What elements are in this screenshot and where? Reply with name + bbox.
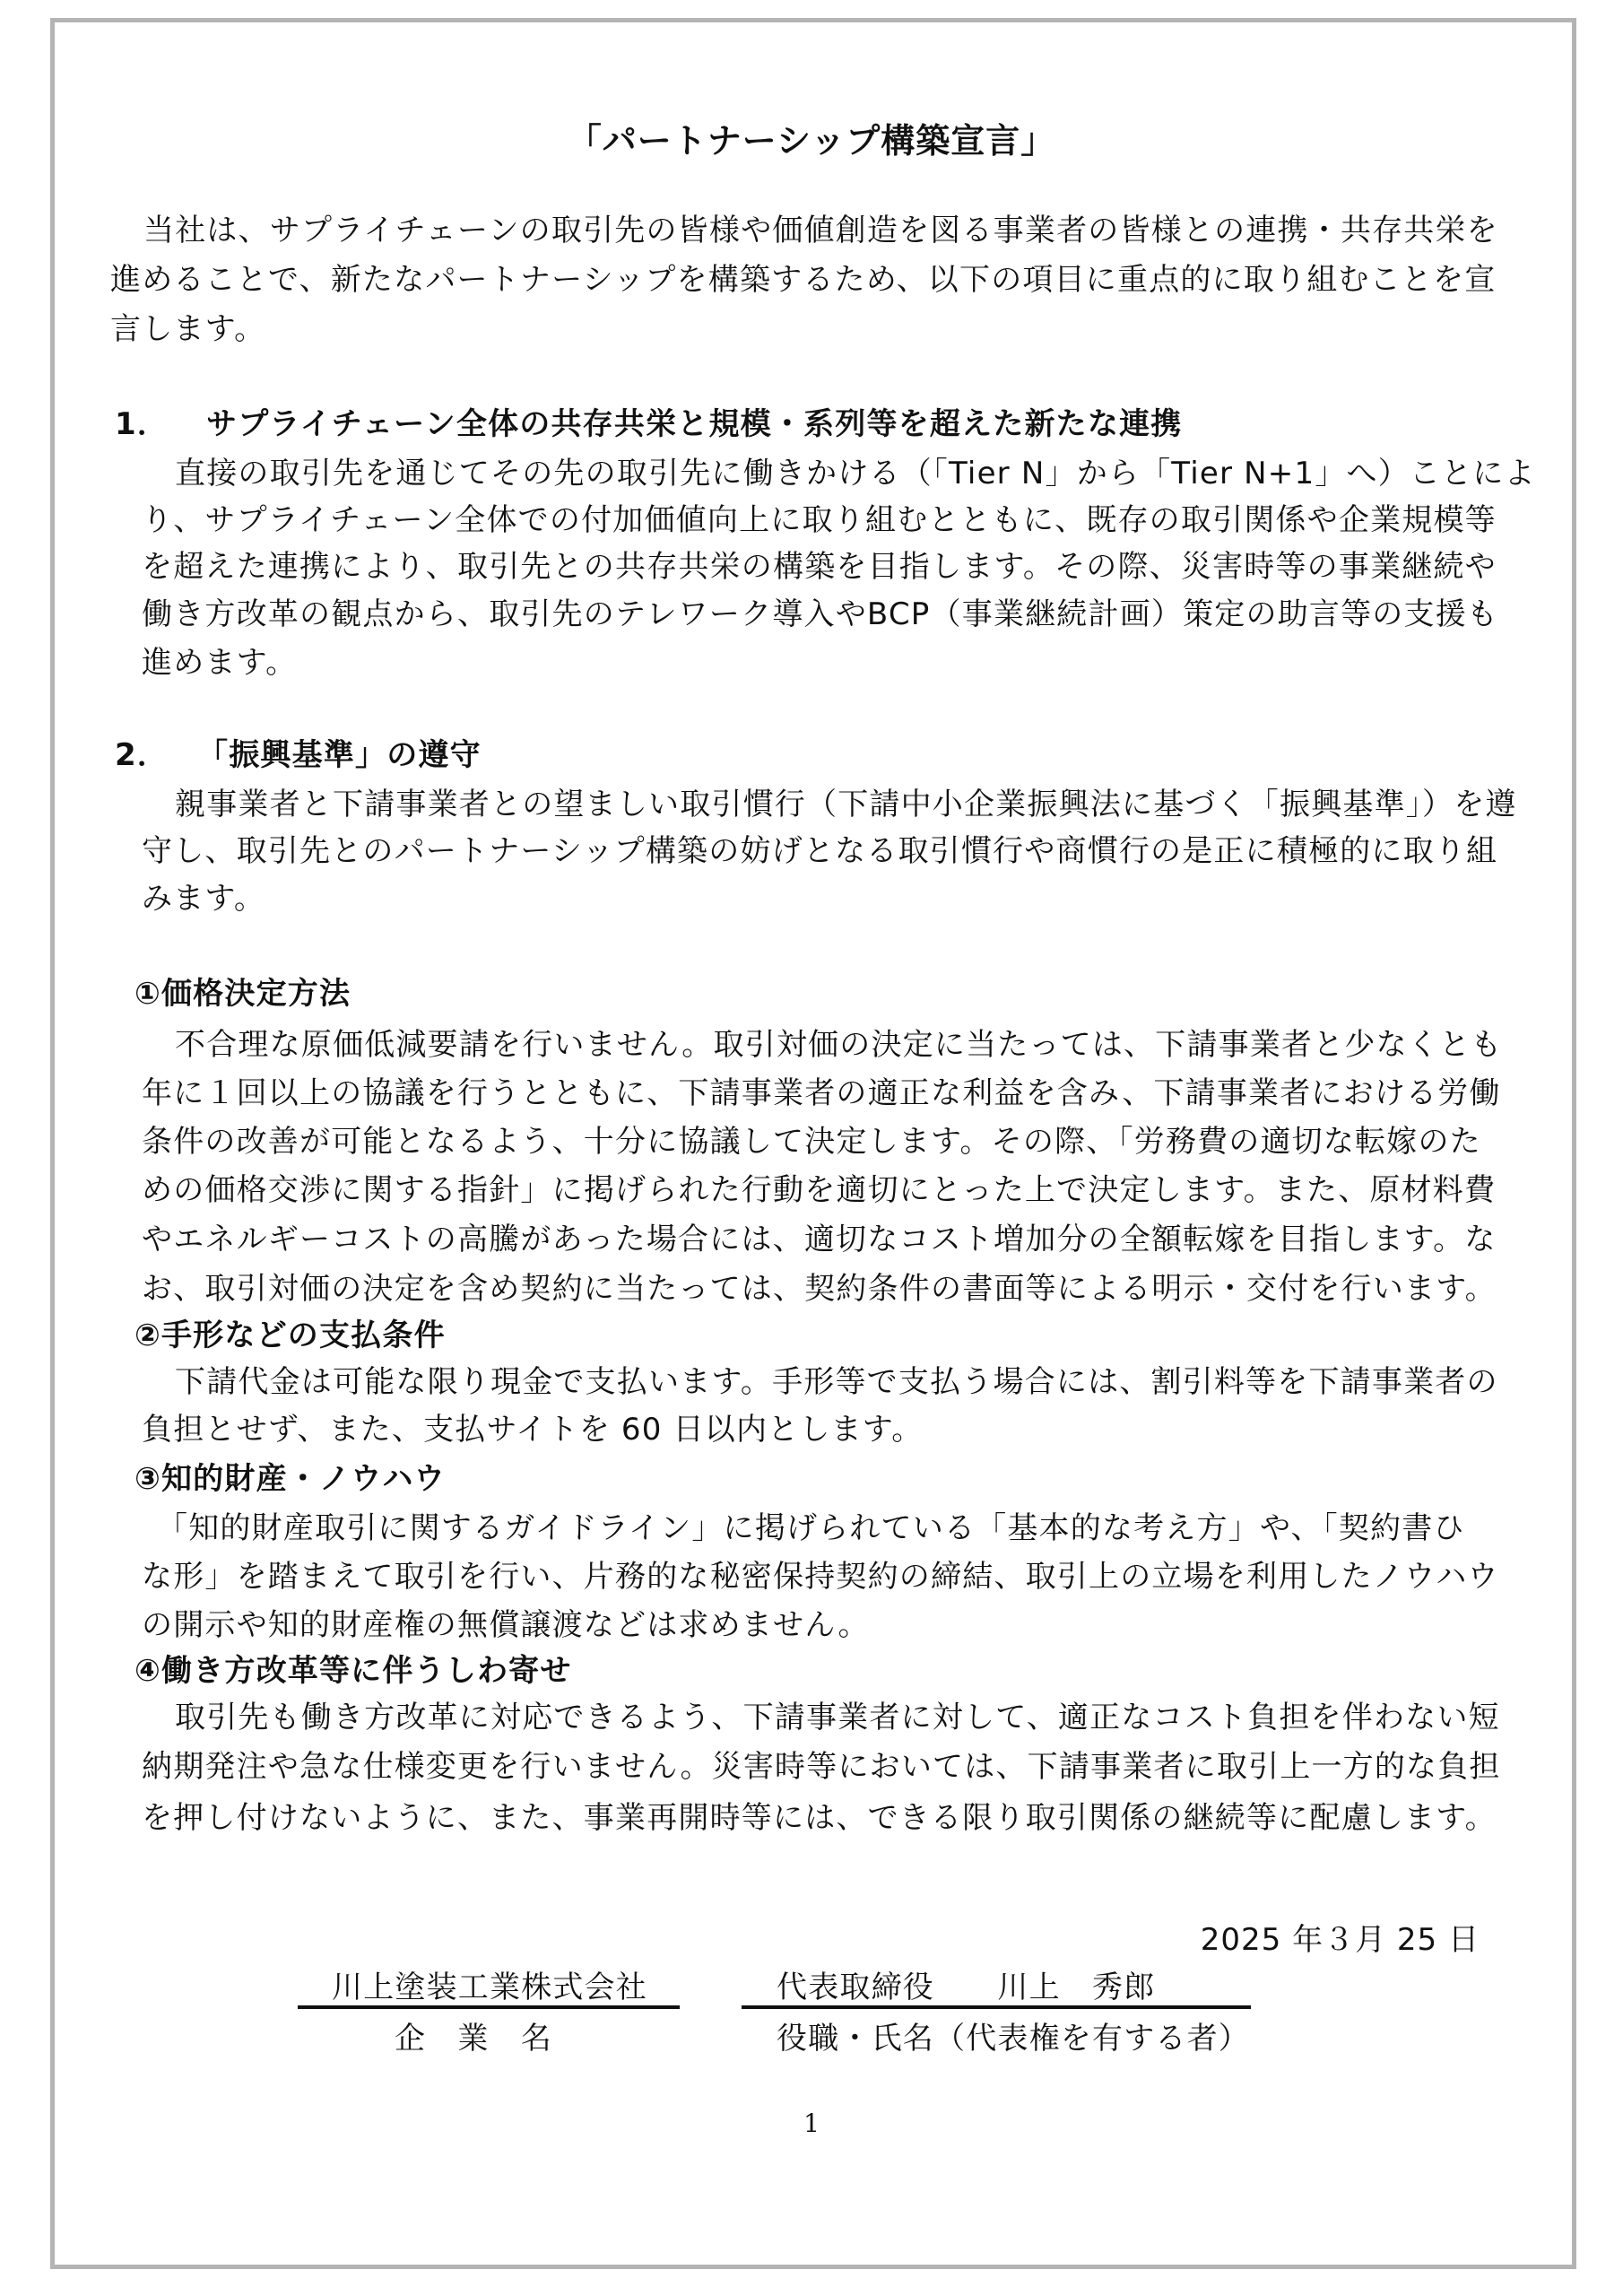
section-2-line: みます。 xyxy=(142,881,265,917)
company-underline xyxy=(298,2005,680,2009)
declaration-date: 2025 年３月 25 日 xyxy=(1201,1922,1480,1958)
subsection-line: 「知的財産取引に関するガイドライン」に掲げられている「基本的な考え方」や、「契約… xyxy=(157,1510,1465,1546)
section-1-line: 進めます。 xyxy=(142,645,297,681)
subsection-ip-heading: ③知的財産・ノウハウ xyxy=(135,1461,446,1497)
representative-label: 役職・氏名（代表権を有する者） xyxy=(777,2021,1250,2057)
subsection-line: 年に１回以上の協議を行うとともに、下請事業者の適正な利益を含み、下請事業者におけ… xyxy=(142,1075,1501,1111)
subsection-line: 納期発注や急な仕様変更を行いません。災害時等においては、下請事業者に取引上一方的… xyxy=(142,1749,1501,1785)
subsection-line: な形」を踏まえて取引を行い、片務的な秘密保持契約の締結、取引上の立場を利用したノ… xyxy=(142,1559,1499,1595)
intro-line: 進めることで、新たなパートナーシップを構築するため、以下の項目に重点的に取り組む… xyxy=(110,262,1496,298)
section-2-line: 親事業者と下請事業者との望ましい取引慣行（下請中小企業振興法に基づく「振興基準」… xyxy=(175,787,1517,822)
section-1-line: を超えた連携により、取引先との共存共栄の構築を目指します。その際、災害時等の事業… xyxy=(142,549,1497,585)
section-1-line: 直接の取引先を通じてその先の取引先に働きかける（「Tier N」から「Tier … xyxy=(175,456,1536,491)
subsection-price-heading: ①価格決定方法 xyxy=(135,976,351,1012)
representative-underline xyxy=(742,2005,1251,2009)
section-1-number: 1． xyxy=(115,406,169,442)
company-label: 企 業 名 xyxy=(395,2021,552,2057)
subsection-line: 取引先も働き方改革に対応できるよう、下請事業者に対して、適正なコスト負担を伴わな… xyxy=(175,1700,1500,1735)
subsection-line: お、取引対価の決定を含め契約に当たっては、契約条件の書面等による明示・交付を行い… xyxy=(142,1271,1497,1307)
subsection-line: の開示や知的財産権の無償譲渡などは求めません。 xyxy=(142,1607,870,1643)
section-1-line: り、サプライチェーン全体での付加価値向上に取り組むとともに、既存の取引関係や企業… xyxy=(142,502,1497,538)
section-2-number: 2． xyxy=(115,737,169,773)
subsection-line: 負担とせず、また、支払サイトを 60 日以内とします。 xyxy=(142,1412,923,1448)
subsection-workstyle-heading: ④働き方改革等に伴うしわ寄せ xyxy=(135,1653,572,1689)
subsection-line: やエネルギーコストの高騰があった場合には、適切なコスト増加分の全額転嫁を目指しま… xyxy=(142,1222,1497,1257)
section-1-line: 働き方改革の観点から、取引先のテレワーク導入やBCP（事業継続計画）策定の助言等… xyxy=(142,596,1498,632)
page-number: 1 xyxy=(789,2108,834,2140)
subsection-line: 下請代金は可能な限り現金で支払います。手形等で支払う場合には、割引料等を下請事業… xyxy=(175,1364,1498,1400)
subsection-line: を押し付けないように、また、事業再開時等には、できる限り取引関係の継続等に配慮し… xyxy=(142,1800,1497,1836)
subsection-line: 不合理な原価低減要請を行いません。取引対価の決定に当たっては、下請事業者と少なく… xyxy=(175,1027,1502,1063)
section-2-heading: 「振興基準」の遵守 xyxy=(197,737,482,773)
document-title: 「パートナーシップ構築宣言」 xyxy=(0,121,1623,161)
section-2-line: 守し、取引先とのパートナーシップ構築の妨げとなる取引慣行や商慣行の是正に積極的に… xyxy=(142,833,1497,869)
subsection-line: めの価格交渉に関する指針」に掲げられた行動を適切にとった上で決定します。また、原… xyxy=(142,1172,1496,1208)
subsection-payment-heading: ②手形などの支払条件 xyxy=(135,1318,446,1353)
representative-name: 代表取締役 川上 秀郎 xyxy=(777,1970,1155,2005)
company-name: 川上塗装工業株式会社 xyxy=(332,1970,647,2005)
intro-line: 当社は、サプライチェーンの取引先の皆様や価値創造を図る事業者の皆様との連携・共存… xyxy=(143,213,1498,248)
intro-line: 言します。 xyxy=(110,311,265,347)
subsection-line: 条件の改善が可能となるよう、十分に協議して決定します。その際、「労務費の適切な転… xyxy=(142,1124,1481,1160)
section-1-heading: サプライチェーン全体の共存共栄と規模・系列等を超えた新たな連携 xyxy=(206,406,1182,442)
